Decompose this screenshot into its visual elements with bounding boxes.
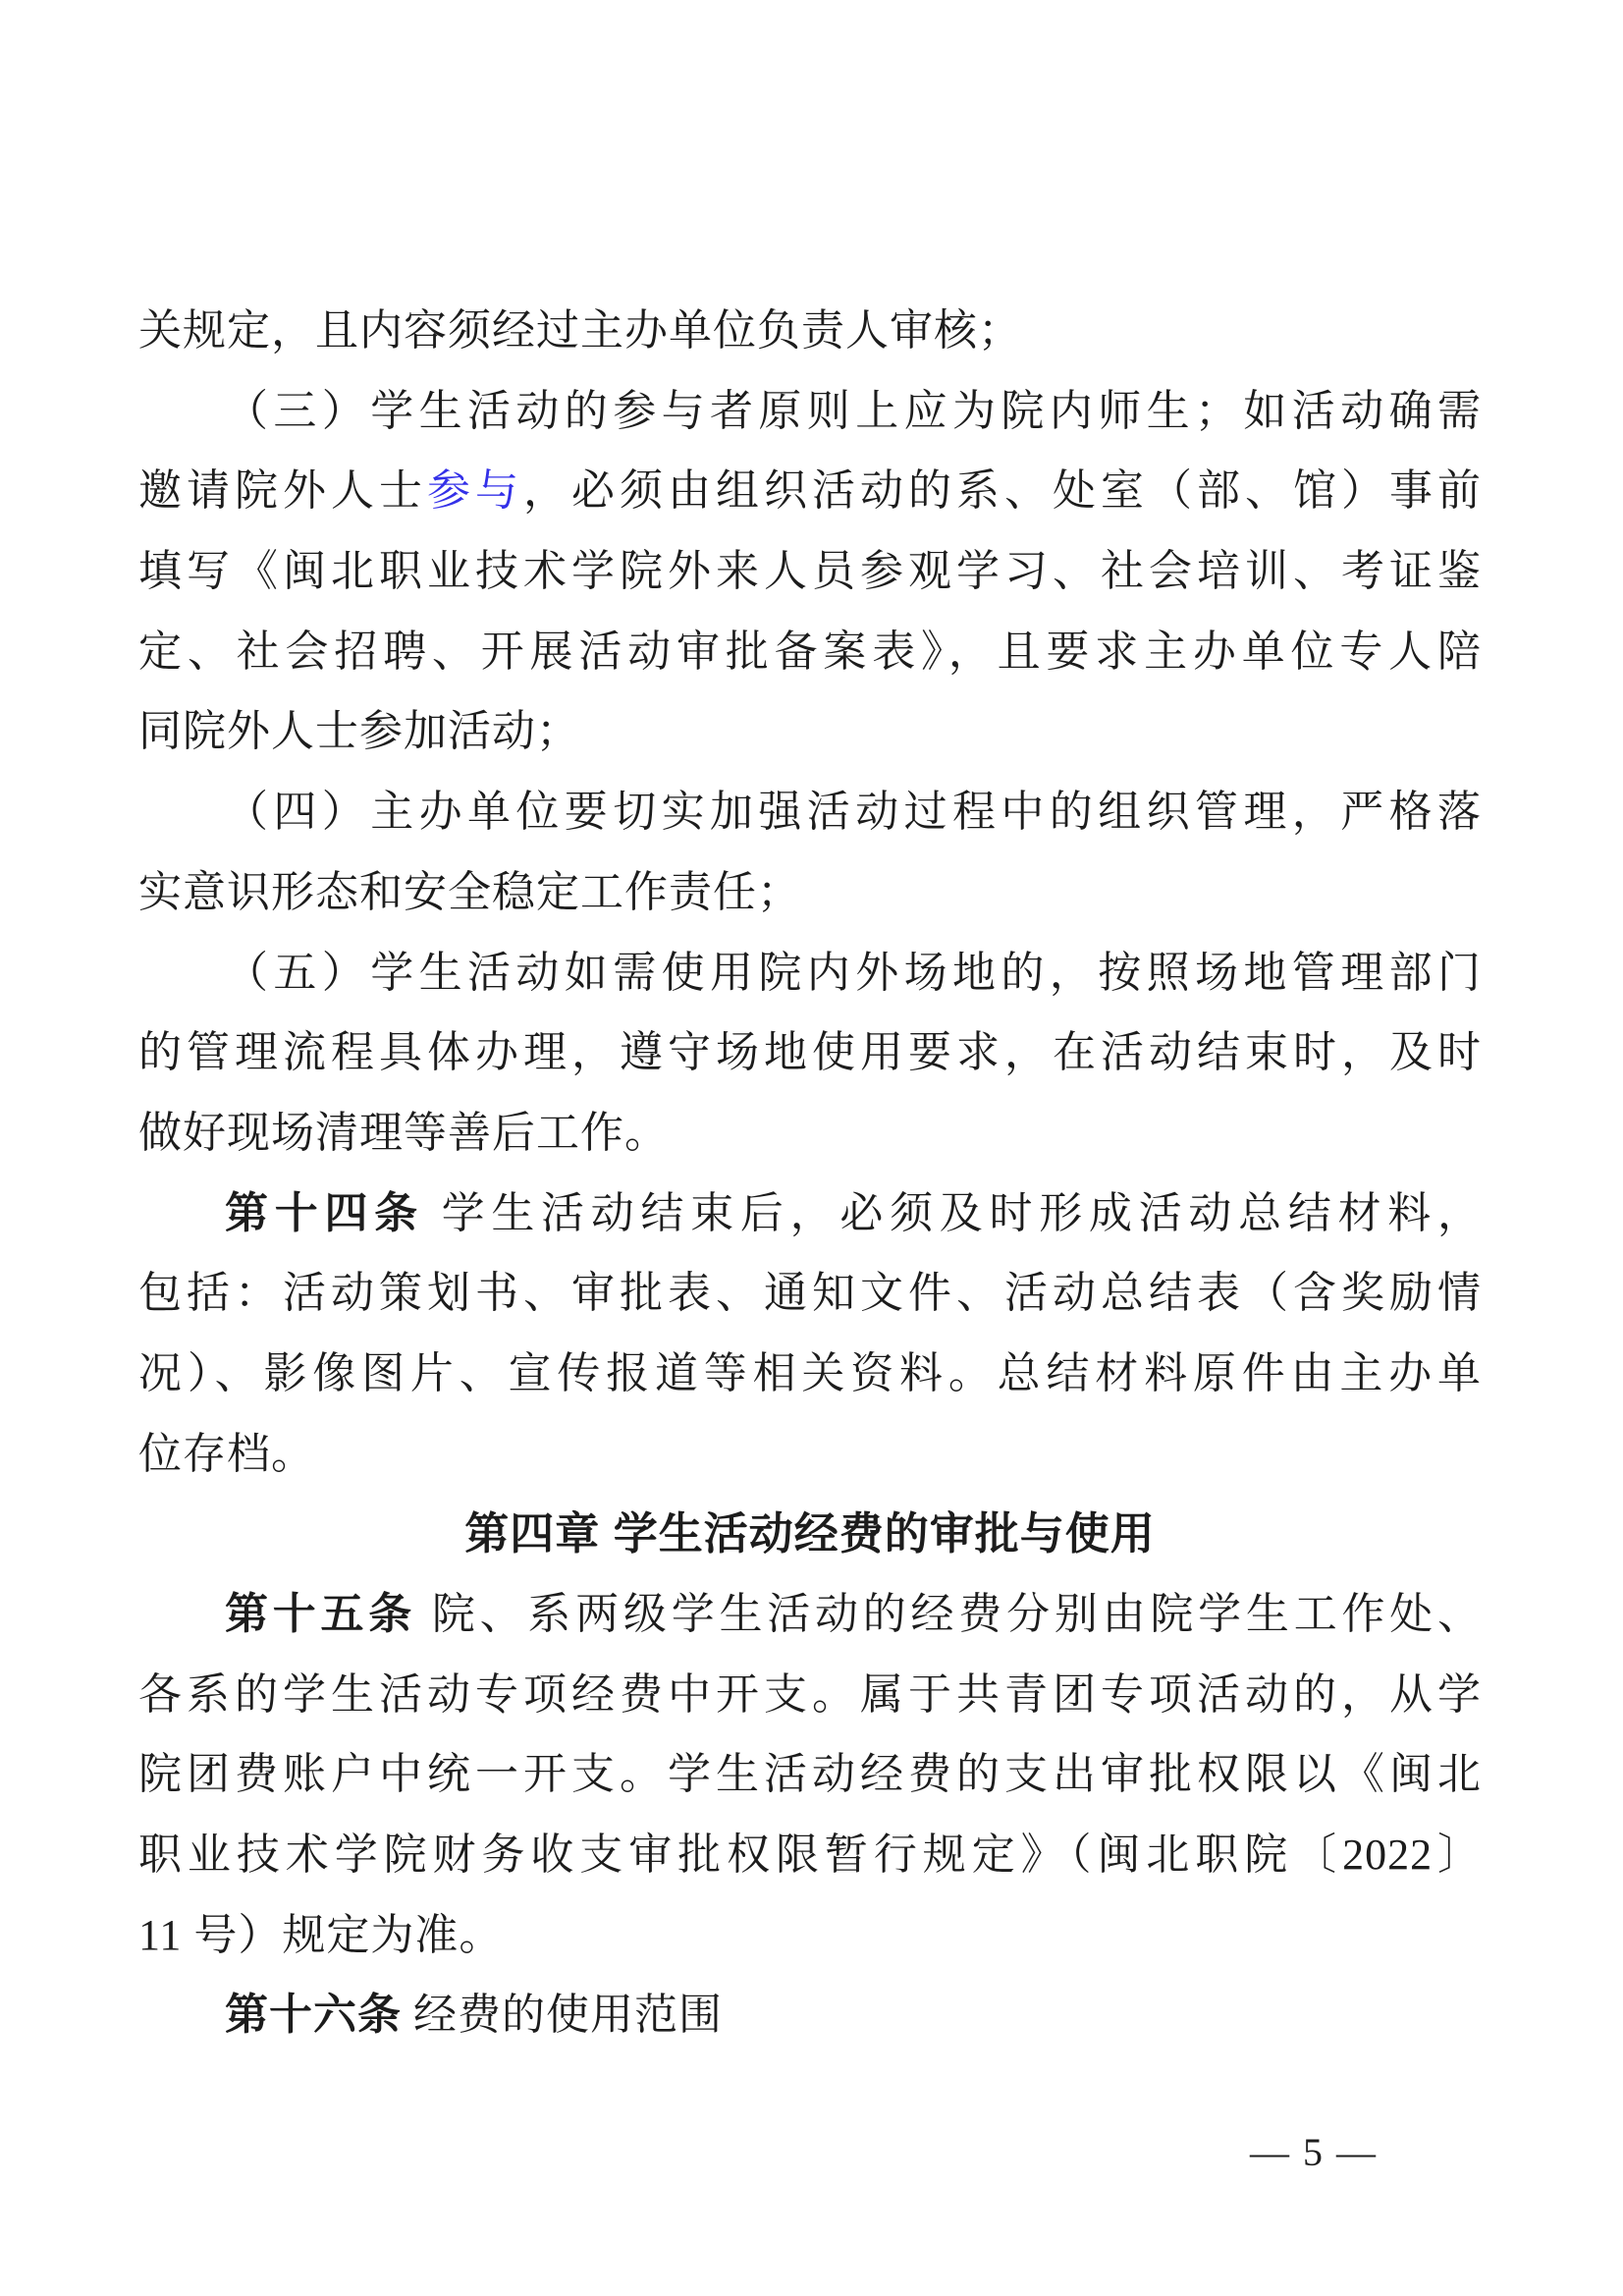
text-segment: （五）学生活动如需使用院内外场地的，按照场地管理部门 [225, 949, 1482, 997]
text-segment: 定、社会招聘、开展活动审批备案表》，且要求主办单位专人陪 [138, 628, 1482, 676]
text-segment: 同院外人士参加活动； [138, 707, 580, 755]
text-segment: 实意识形态和安全稳定工作责任； [138, 868, 801, 916]
text-line: 同院外人士参加活动； [138, 691, 1482, 772]
text-segment: 做好现场清理等善后工作。 [138, 1109, 669, 1157]
text-line: （五）学生活动如需使用院内外场地的，按照场地管理部门 [138, 933, 1482, 1013]
text-segment: 院团费账户中统一开支。学生活动经费的支出审批权限以《闽北 [138, 1750, 1482, 1798]
text-segment: 第十四条 [225, 1189, 424, 1237]
text-segment: 位存档。 [138, 1430, 315, 1478]
text-segment: 11 号）规定为准。 [138, 1911, 503, 1959]
text-line: 邀请院外人士参与，必须由组织活动的系、处室（部、馆）事前 [138, 451, 1482, 531]
text-line: 关规定，且内容须经过主办单位负责人审核； [138, 291, 1482, 371]
text-segment: 各系的学生活动专项经费中开支。属于共青团专项活动的，从学 [138, 1670, 1482, 1719]
text-segment: （三）学生活动的参与者原则上应为院内师生；如活动确需 [225, 387, 1482, 435]
text-segment: 第十六条 [225, 1991, 402, 2039]
text-line: 实意识形态和安全稳定工作责任； [138, 852, 1482, 933]
text-line: 定、社会招聘、开展活动审批备案表》，且要求主办单位专人陪 [138, 612, 1482, 692]
inline-link[interactable]: 参与 [427, 466, 523, 515]
text-segment: 职业技术学院财务收支审批权限暂行规定》（闽北职院〔2022〕 [138, 1831, 1482, 1879]
text-line: 院团费账户中统一开支。学生活动经费的支出审批权限以《闽北 [138, 1734, 1482, 1815]
text-segment: 第十五条 [225, 1590, 416, 1638]
text-line: 填写《闽北职业技术学院外来人员参观学习、社会培训、考证鉴 [138, 531, 1482, 612]
text-line: 位存档。 [138, 1414, 1482, 1495]
text-segment: 包括：活动策划书、审批表、通知文件、活动总结表（含奖励情 [138, 1269, 1482, 1317]
text-line: 第十六条 经费的使用范围 [138, 1975, 1482, 2055]
text-segment: 院、系两级学生活动的经费分别由院学生工作处、 [416, 1590, 1482, 1638]
text-line: 的管理流程具体办理，遵守场地使用要求，在活动结束时，及时 [138, 1012, 1482, 1093]
text-segment: 第四章 学生活动经费的审批与使用 [464, 1508, 1156, 1558]
chapter-heading: 第四章 学生活动经费的审批与使用 [138, 1494, 1482, 1574]
text-line: 各系的学生活动专项经费中开支。属于共青团专项活动的，从学 [138, 1655, 1482, 1735]
document-lines: 关规定，且内容须经过主办单位负责人审核；（三）学生活动的参与者原则上应为院内师生… [138, 291, 1482, 2055]
text-segment: 关规定，且内容须经过主办单位负责人审核； [138, 306, 1022, 355]
text-line: 第十五条 院、系两级学生活动的经费分别由院学生工作处、 [138, 1574, 1482, 1655]
text-line: 11 号）规定为准。 [138, 1895, 1482, 1976]
text-line: 况）、影像图片、宣传报道等相关资料。总结材料原件由主办单 [138, 1334, 1482, 1414]
page-number: — 5 — [1250, 2123, 1378, 2182]
text-line: 职业技术学院财务收支审批权限暂行规定》（闽北职院〔2022〕 [138, 1815, 1482, 1895]
text-segment: 的管理流程具体办理，遵守场地使用要求，在活动结束时，及时 [138, 1028, 1482, 1076]
text-segment: ，必须由组织活动的系、处室（部、馆）事前 [523, 466, 1482, 515]
text-line: 做好现场清理等善后工作。 [138, 1093, 1482, 1174]
text-segment: 邀请院外人士 [138, 466, 427, 515]
text-line: （三）学生活动的参与者原则上应为院内师生；如活动确需 [138, 371, 1482, 452]
text-segment: （四）主办单位要切实加强活动过程中的组织管理，严格落 [225, 788, 1482, 836]
text-line: 包括：活动策划书、审批表、通知文件、活动总结表（含奖励情 [138, 1253, 1482, 1334]
text-segment: 填写《闽北职业技术学院外来人员参观学习、社会培训、考证鉴 [138, 547, 1482, 595]
document-page: 关规定，且内容须经过主办单位负责人审核；（三）学生活动的参与者原则上应为院内师生… [0, 0, 1623, 2296]
text-segment: 经费的使用范围 [402, 1991, 723, 2039]
text-line: （四）主办单位要切实加强活动过程中的组织管理，严格落 [138, 772, 1482, 852]
text-segment: 况）、影像图片、宣传报道等相关资料。总结材料原件由主办单 [138, 1349, 1482, 1397]
text-segment: 学生活动结束后，必须及时形成活动总结材料， [424, 1189, 1482, 1237]
text-line: 第十四条 学生活动结束后，必须及时形成活动总结材料， [138, 1174, 1482, 1254]
